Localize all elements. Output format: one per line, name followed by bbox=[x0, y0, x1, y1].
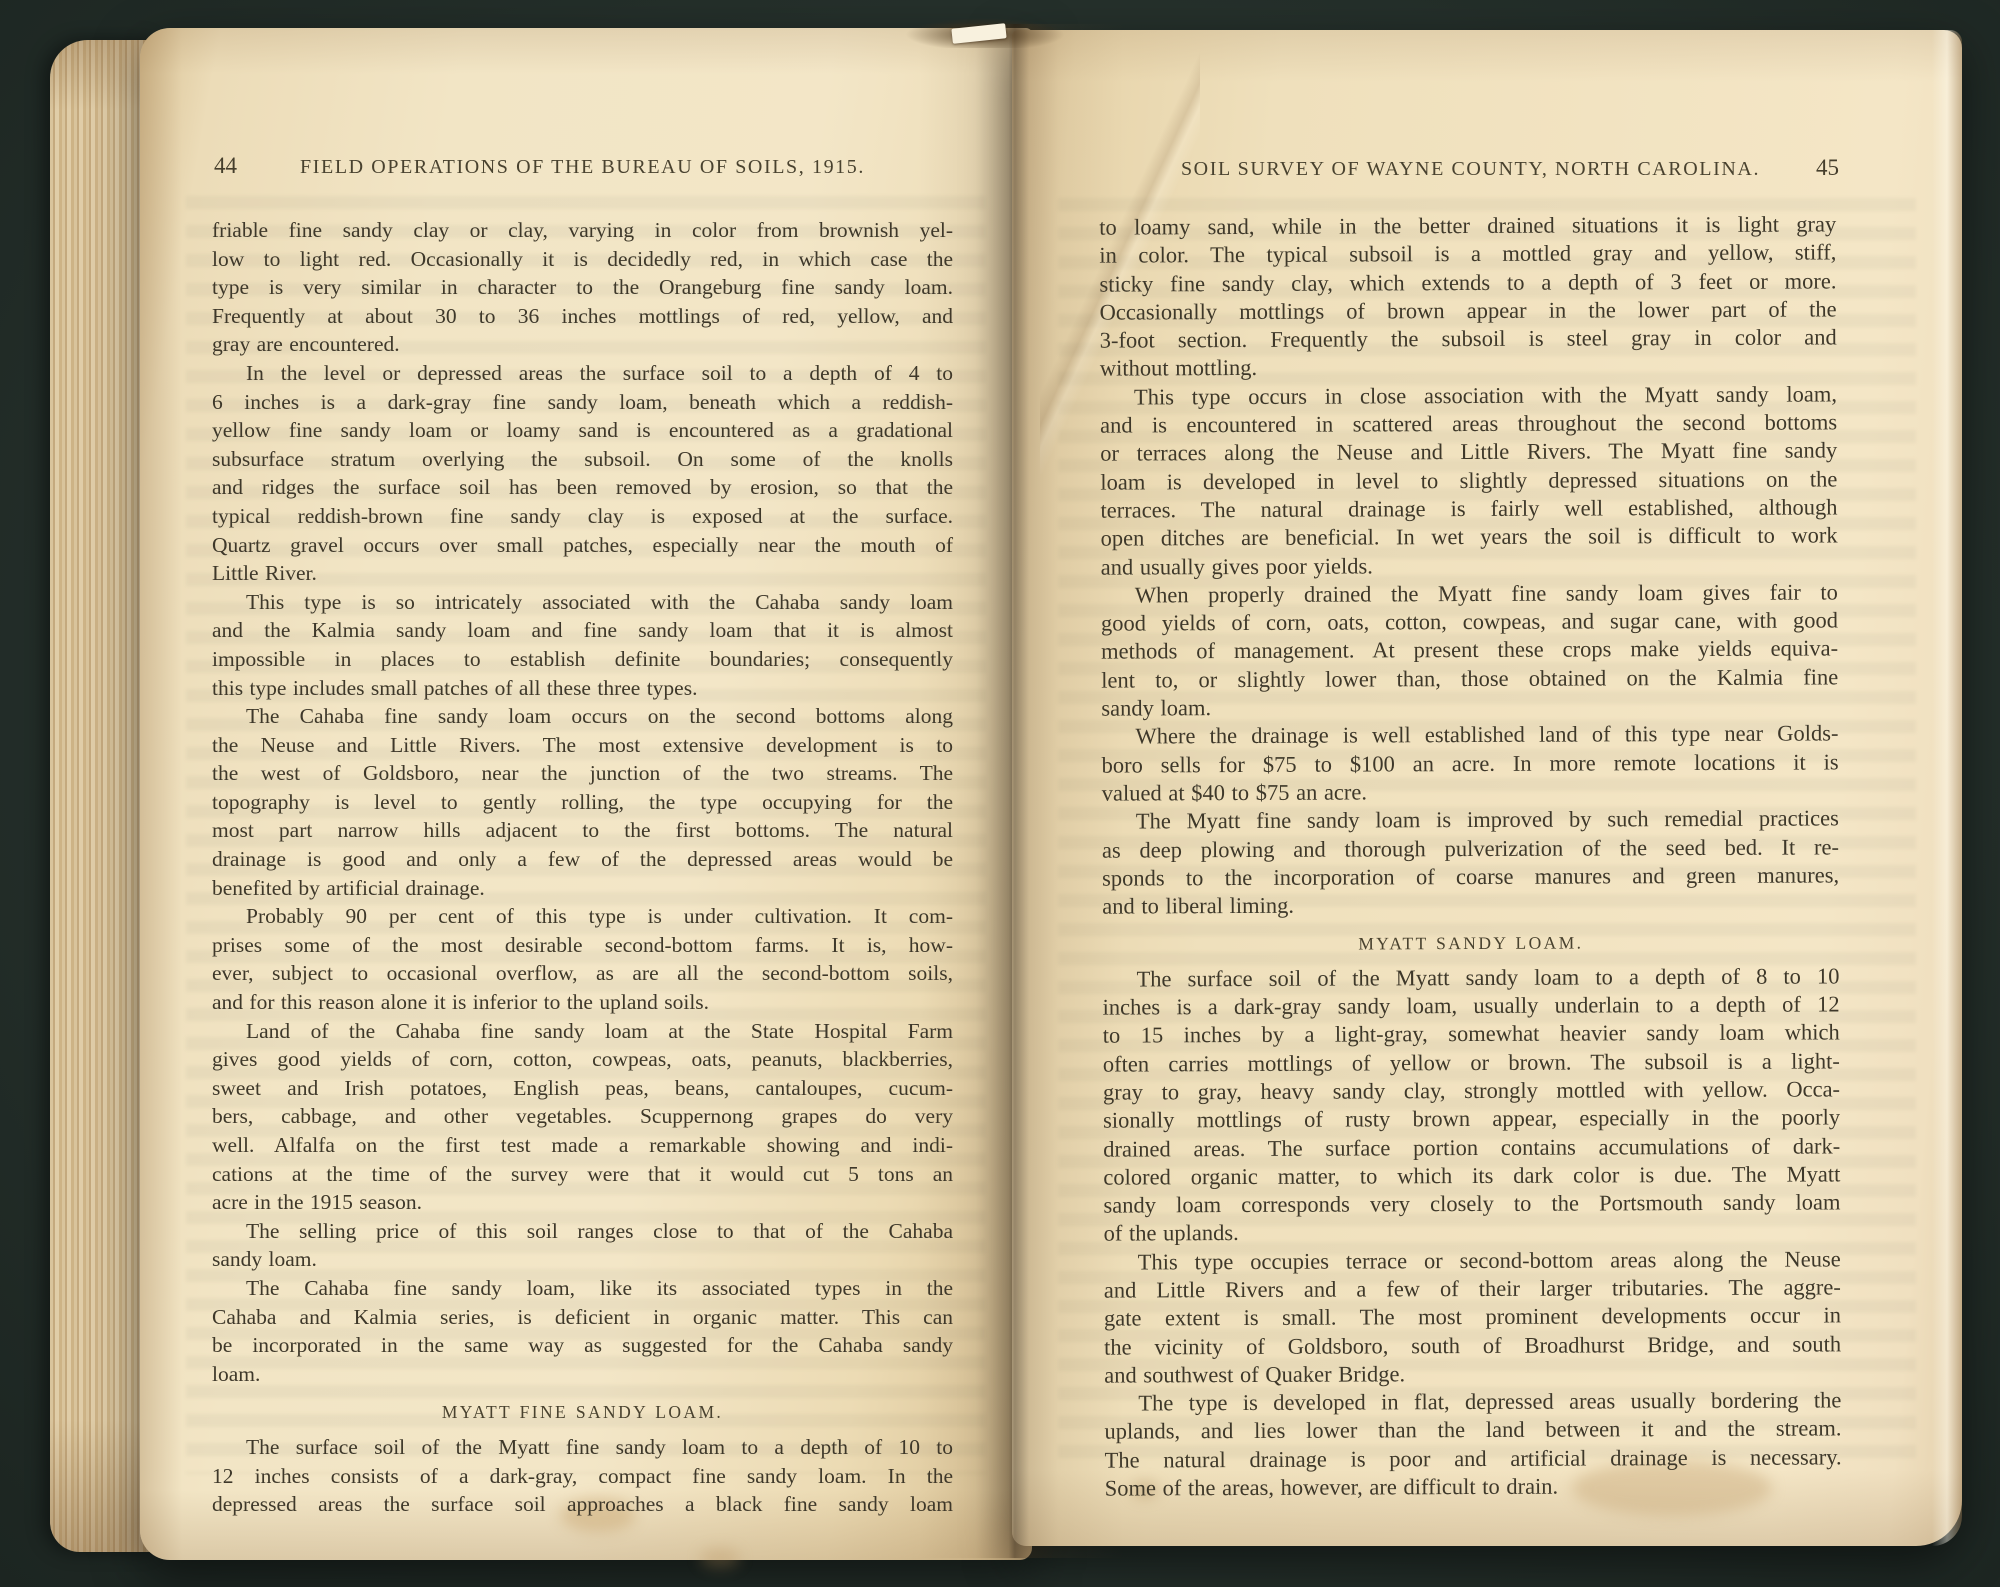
text-line: inches is a dark-gray sandy loam, usuall… bbox=[1103, 990, 1840, 1022]
paragraph: to loamy sand, while in the better drain… bbox=[1099, 210, 1837, 383]
text-line: most part narrow hills adjacent to the f… bbox=[212, 816, 953, 845]
text-line: without mottling. bbox=[1100, 352, 1837, 384]
text-line: to loamy sand, while in the better drain… bbox=[1099, 210, 1836, 242]
text-line: 12 inches consists of a dark-gray, compa… bbox=[212, 1462, 953, 1491]
running-header-right: SOIL SURVEY OF WAYNE COUNTY, NORTH CAROL… bbox=[1102, 158, 1839, 181]
text-line: and to liberal liming. bbox=[1102, 890, 1839, 922]
text-line: loam is developed in level to slightly d… bbox=[1100, 465, 1837, 497]
text-line: sionally mottlings of rusty brown appear… bbox=[1103, 1104, 1840, 1136]
page-right-edge-shading bbox=[1932, 30, 1962, 1546]
running-header-row-left: 44 FIELD OPERATIONS OF THE BUREAU OF SOI… bbox=[212, 156, 953, 188]
text-line: and usually gives poor yields. bbox=[1101, 550, 1838, 582]
text-line: and southwest of Quaker Bridge. bbox=[1104, 1358, 1841, 1390]
page-number-right: 45 bbox=[1816, 155, 1839, 181]
text-line: Frequently at about 30 to 36 inches mott… bbox=[212, 302, 953, 331]
text-line: sponds to the incorporation of coarse ma… bbox=[1102, 861, 1839, 893]
text-line: This type occupies terrace or second-bot… bbox=[1104, 1245, 1841, 1277]
paragraph: When properly drained the Myatt fine san… bbox=[1101, 578, 1839, 723]
page-body-right: to loamy sand, while in the better drain… bbox=[1099, 210, 1842, 1503]
text-line: and Little Rivers and a few of their lar… bbox=[1104, 1273, 1841, 1305]
page-right: SOIL SURVEY OF WAYNE COUNTY, NORTH CAROL… bbox=[1012, 30, 1962, 1546]
text-line: 3-foot section. Frequently the subsoil i… bbox=[1100, 324, 1837, 356]
text-line: sandy loam. bbox=[212, 1245, 953, 1274]
text-line: Some of the areas, however, are difficul… bbox=[1105, 1471, 1842, 1503]
paper-stain bbox=[700, 1548, 740, 1568]
text-line: this type includes small patches of all … bbox=[212, 674, 953, 703]
paragraph: This type occurs in close association wi… bbox=[1100, 380, 1838, 581]
page-left: 44 FIELD OPERATIONS OF THE BUREAU OF SOI… bbox=[140, 28, 1032, 1560]
text-line: and is encountered in scattered areas th… bbox=[1100, 408, 1837, 440]
text-line: and the Kalmia sandy loam and fine sandy… bbox=[212, 616, 953, 645]
text-line: subsurface stratum overlying the subsoil… bbox=[212, 445, 953, 474]
text-line: In the level or depressed areas the surf… bbox=[212, 359, 953, 388]
text-line: valued at $40 to $75 an acre. bbox=[1102, 776, 1839, 808]
text-line: sandy loam. bbox=[1101, 691, 1838, 723]
text-line: lent to, or slightly lower than, those o… bbox=[1101, 663, 1838, 695]
text-line: acre in the 1915 season. bbox=[212, 1188, 953, 1217]
text-line: or terraces along the Neuse and Little R… bbox=[1100, 437, 1837, 469]
paragraph: The surface soil of the Myatt sandy loam… bbox=[1102, 962, 1840, 1248]
text-line: yellow fine sandy loam or loamy sand is … bbox=[212, 416, 953, 445]
text-line: the vicinity of Goldsboro, south of Broa… bbox=[1104, 1330, 1841, 1362]
text-line: This type is so intricately associated w… bbox=[212, 588, 953, 617]
text-line: open ditches are beneficial. In wet year… bbox=[1101, 522, 1838, 554]
text-line: prises some of the most desirable second… bbox=[212, 931, 953, 960]
text-line: The type is developed in flat, depressed… bbox=[1104, 1387, 1841, 1419]
running-header-row-right: SOIL SURVEY OF WAYNE COUNTY, NORTH CAROL… bbox=[1102, 158, 1839, 190]
text-line: and for this reason alone it is inferior… bbox=[212, 988, 953, 1017]
paragraph: The selling price of this soil ranges cl… bbox=[212, 1217, 953, 1274]
text-line: sticky fine sandy clay, which extends to… bbox=[1099, 267, 1836, 299]
running-header-left: FIELD OPERATIONS OF THE BUREAU OF SOILS,… bbox=[212, 156, 953, 179]
text-line: methods of management. At present these … bbox=[1101, 635, 1838, 667]
text-line: be incorporated in the same way as sugge… bbox=[212, 1331, 953, 1360]
text-line: gray to gray, heavy sandy clay, strongly… bbox=[1103, 1075, 1840, 1107]
text-line: sandy loam corresponds very closely to t… bbox=[1103, 1188, 1840, 1220]
text-line: of the uplands. bbox=[1104, 1217, 1841, 1249]
text-line: Probably 90 per cent of this type is und… bbox=[212, 902, 953, 931]
text-line: The selling price of this soil ranges cl… bbox=[212, 1217, 953, 1246]
paragraph: The surface soil of the Myatt fine sandy… bbox=[212, 1433, 953, 1519]
paragraph: friable fine sandy clay or clay, varying… bbox=[212, 216, 953, 359]
text-line: When properly drained the Myatt fine san… bbox=[1101, 578, 1838, 610]
text-line: good yields of corn, oats, cotton, cowpe… bbox=[1101, 607, 1838, 639]
text-line: Land of the Cahaba fine sandy loam at th… bbox=[212, 1017, 953, 1046]
text-line: the west of Goldsboro, near the junction… bbox=[212, 759, 953, 788]
text-line: cations at the time of the survey were t… bbox=[212, 1160, 953, 1189]
text-line: The Cahaba fine sandy loam occurs on the… bbox=[212, 702, 953, 731]
text-line: Quartz gravel occurs over small patches,… bbox=[212, 531, 953, 560]
paragraph: Probably 90 per cent of this type is und… bbox=[212, 902, 953, 1016]
section-heading: MYATT FINE SANDY LOAM. bbox=[212, 1398, 953, 1427]
text-line: terraces. The natural drainage is fairly… bbox=[1100, 493, 1837, 525]
text-line: to 15 inches by a light-gray, somewhat h… bbox=[1103, 1019, 1840, 1051]
text-line: topography is level to gently rolling, t… bbox=[212, 788, 953, 817]
text-line: gives good yields of corn, cotton, cowpe… bbox=[212, 1045, 953, 1074]
text-line: The Myatt fine sandy loam is improved by… bbox=[1102, 805, 1839, 837]
paragraph: The Cahaba fine sandy loam occurs on the… bbox=[212, 702, 953, 902]
text-line: The surface soil of the Myatt fine sandy… bbox=[212, 1433, 953, 1462]
paragraph: The type is developed in flat, depressed… bbox=[1104, 1387, 1841, 1503]
paragraph: Where the drainage is well established l… bbox=[1101, 720, 1838, 808]
text-line: Little River. bbox=[212, 559, 953, 588]
paragraph: This type is so intricately associated w… bbox=[212, 588, 953, 702]
paragraph: The Myatt fine sandy loam is improved by… bbox=[1102, 805, 1839, 921]
text-line: benefited by artificial drainage. bbox=[212, 874, 953, 903]
text-line: Cahaba and Kalmia series, is deficient i… bbox=[212, 1303, 953, 1332]
text-line: The Cahaba fine sandy loam, like its ass… bbox=[212, 1274, 953, 1303]
text-line: Where the drainage is well established l… bbox=[1101, 720, 1838, 752]
page-body-left: friable fine sandy clay or clay, varying… bbox=[212, 216, 953, 1519]
text-line: sweet and Irish potatoes, English peas, … bbox=[212, 1074, 953, 1103]
text-line: Occasionally mottlings of brown appear i… bbox=[1100, 295, 1837, 327]
text-line: in color. The typical subsoil is a mottl… bbox=[1099, 239, 1836, 271]
text-line: drainage is good and only a few of the d… bbox=[212, 845, 953, 874]
text-line: The natural drainage is poor and artific… bbox=[1105, 1443, 1842, 1475]
text-line: gray are encountered. bbox=[212, 330, 953, 359]
text-line: low to light red. Occasionally it is dec… bbox=[212, 245, 953, 274]
paragraph: In the level or depressed areas the surf… bbox=[212, 359, 953, 588]
text-line: as deep plowing and thorough pulverizati… bbox=[1102, 833, 1839, 865]
text-line: bers, cabbage, and other vegetables. Scu… bbox=[212, 1102, 953, 1131]
text-line: drained areas. The surface portion conta… bbox=[1103, 1132, 1840, 1164]
text-line: friable fine sandy clay or clay, varying… bbox=[212, 216, 953, 245]
text-line: and ridges the surface soil has been rem… bbox=[212, 473, 953, 502]
text-line: loam. bbox=[212, 1360, 953, 1389]
text-line: uplands, and lies lower than the land be… bbox=[1104, 1415, 1841, 1447]
page-left-edge-shading bbox=[140, 28, 182, 1560]
text-line: This type occurs in close association wi… bbox=[1100, 380, 1837, 412]
section-heading: MYATT SANDY LOAM. bbox=[1102, 928, 1839, 960]
text-line: typical reddish-brown fine sandy clay is… bbox=[212, 502, 953, 531]
text-line: impossible in places to establish defini… bbox=[212, 645, 953, 674]
text-line: ever, subject to occasional overflow, as… bbox=[212, 959, 953, 988]
text-line: 6 inches is a dark-gray fine sandy loam,… bbox=[212, 388, 953, 417]
text-line: gate extent is small. The most prominent… bbox=[1104, 1302, 1841, 1334]
text-line: colored organic matter, to which its dar… bbox=[1103, 1160, 1840, 1192]
text-line: depressed areas the surface soil approac… bbox=[212, 1490, 953, 1519]
text-line: often carries mottlings of yellow or bro… bbox=[1103, 1047, 1840, 1079]
text-line: well. Alfalfa on the first test made a r… bbox=[212, 1131, 953, 1160]
text-line: the Neuse and Little Rivers. The most ex… bbox=[212, 731, 953, 760]
paragraph: This type occupies terrace or second-bot… bbox=[1104, 1245, 1842, 1390]
paragraph: The Cahaba fine sandy loam, like its ass… bbox=[212, 1274, 953, 1388]
text-line: boro sells for $75 to $100 an acre. In m… bbox=[1102, 748, 1839, 780]
text-line: The surface soil of the Myatt sandy loam… bbox=[1102, 962, 1839, 994]
paragraph: Land of the Cahaba fine sandy loam at th… bbox=[212, 1017, 953, 1217]
text-line: type is very similar in character to the… bbox=[212, 273, 953, 302]
photo-background: 44 FIELD OPERATIONS OF THE BUREAU OF SOI… bbox=[0, 0, 2000, 1587]
